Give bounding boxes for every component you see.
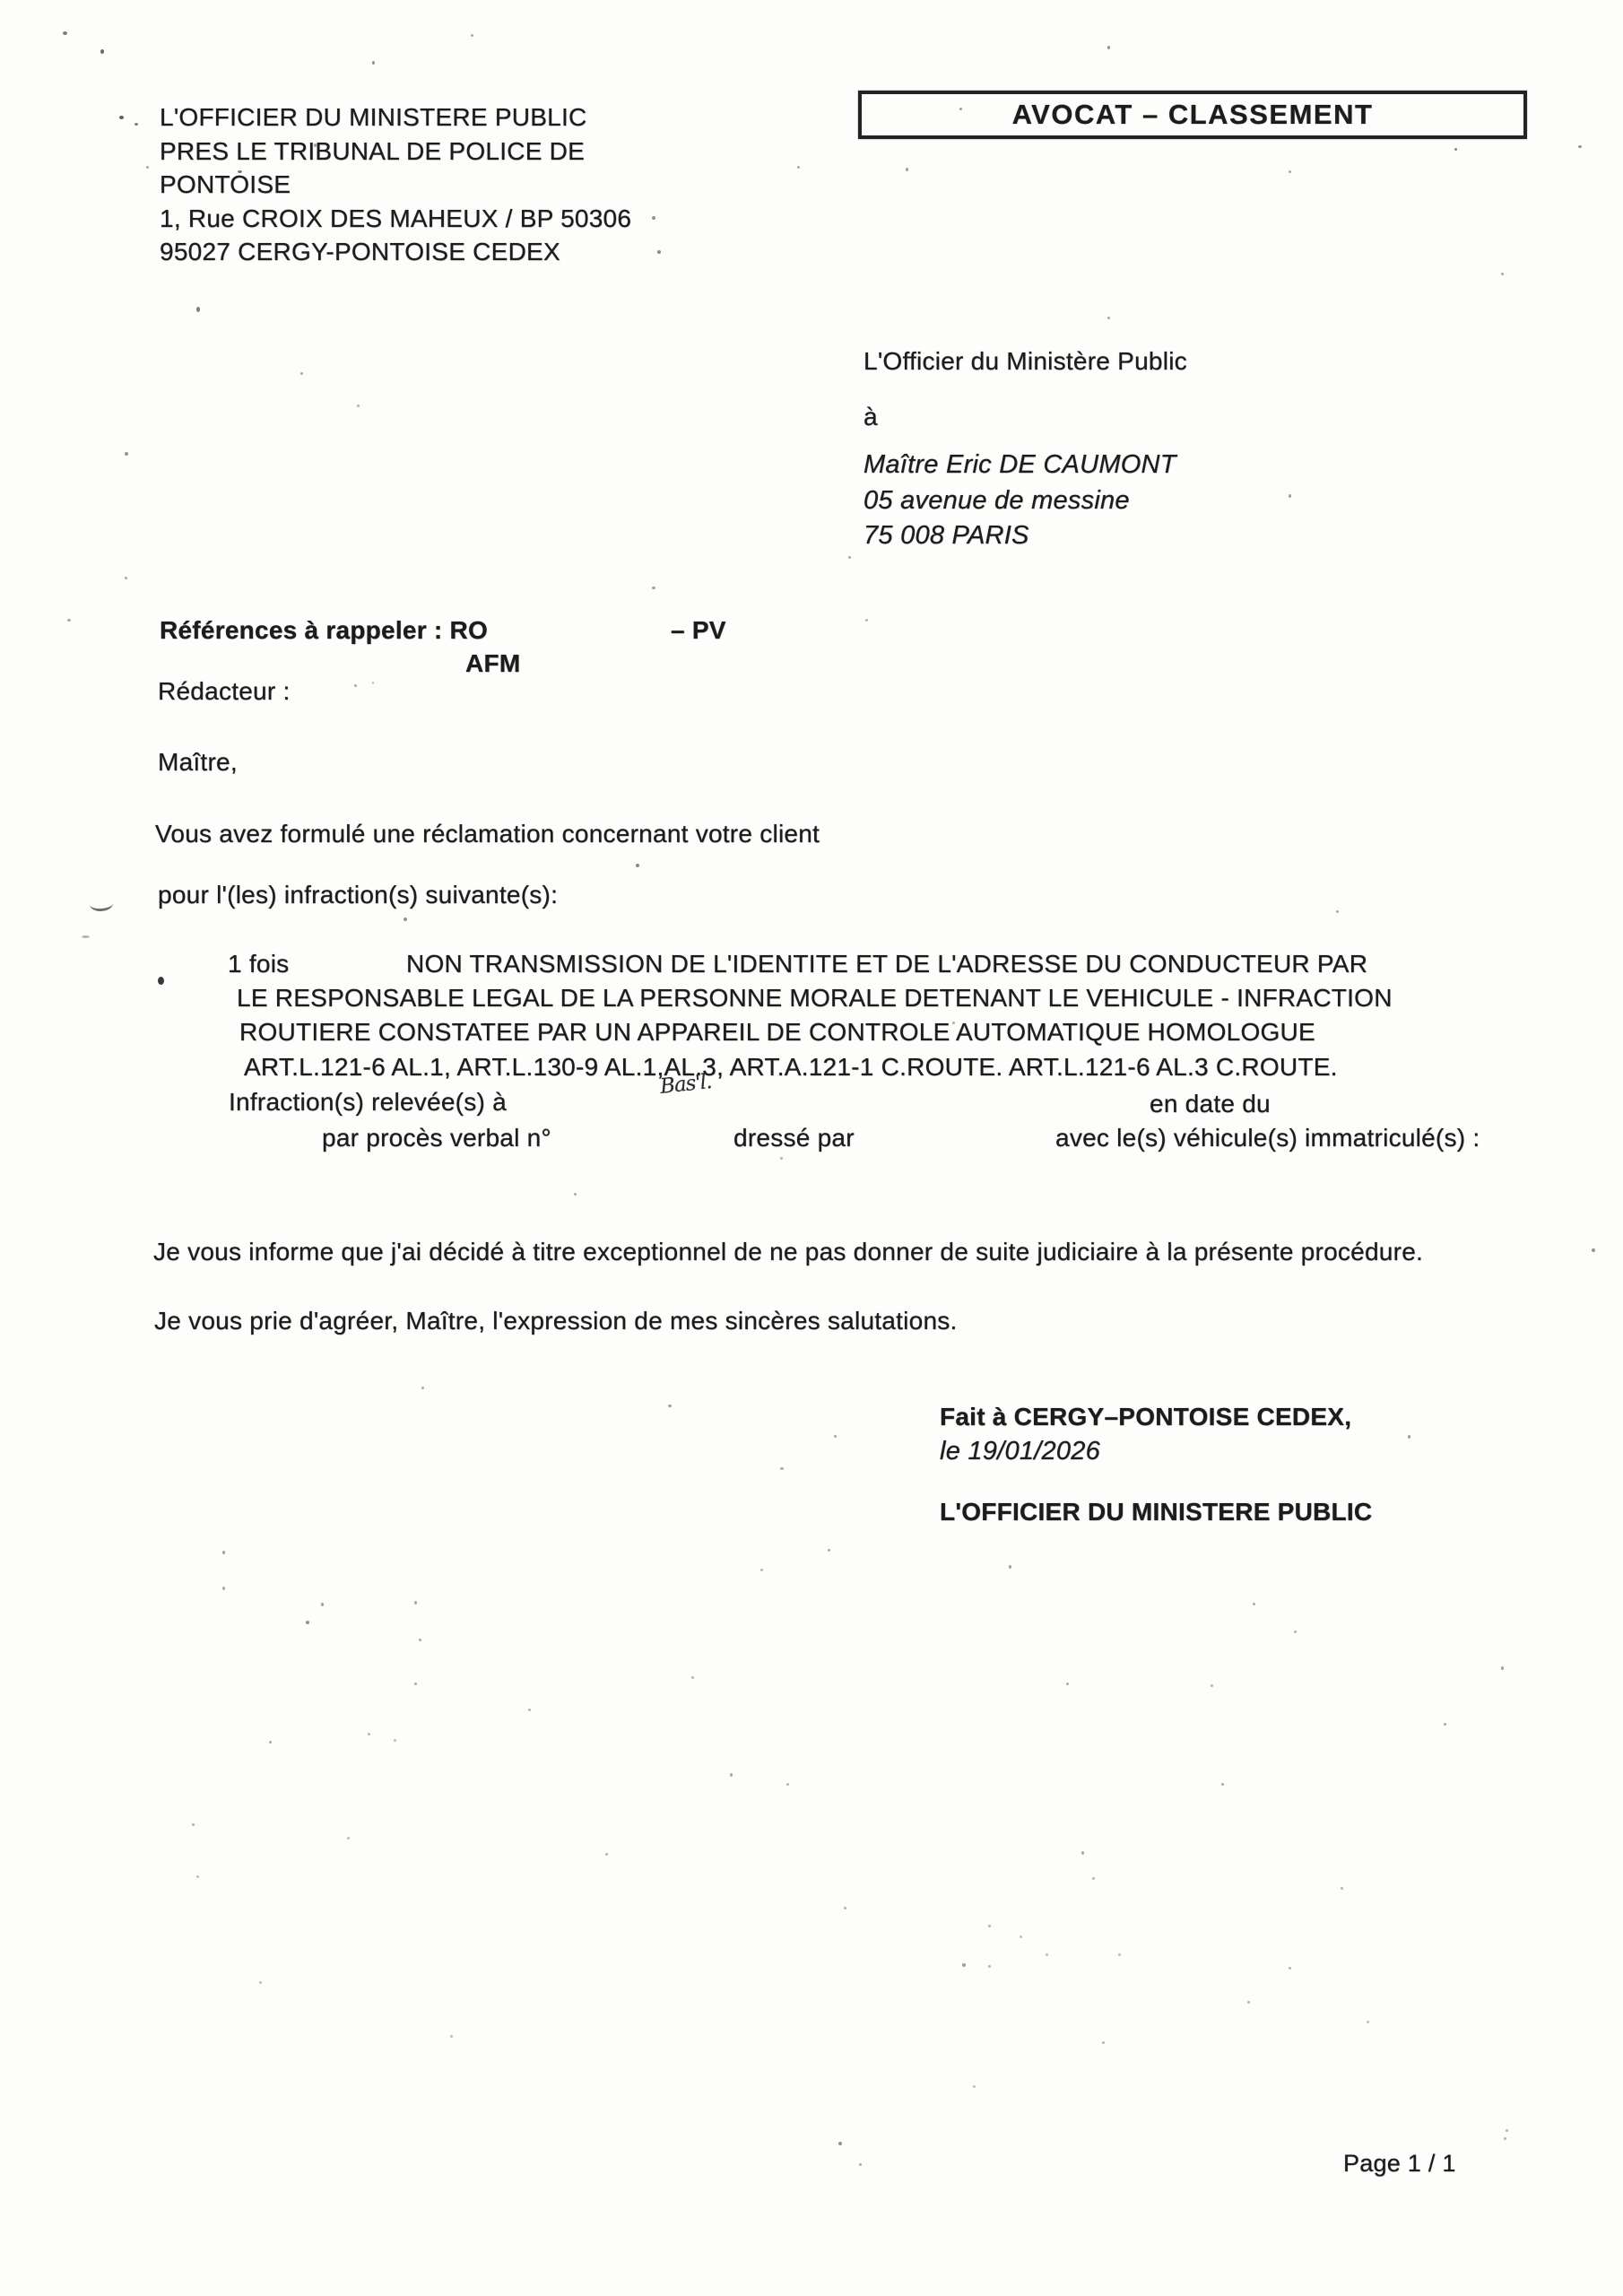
scan-speckle [1118,1953,1121,1956]
scan-speckle [1221,1783,1224,1786]
signature-place: Fait à CERGY–PONTOISE CEDEX, [940,1401,1351,1432]
scan-speckle [1501,1666,1504,1670]
sender-line-5: 95027 CERGY-PONTOISE CEDEX [160,235,631,269]
scan-speckle [414,1683,417,1685]
salutation: Maître, [158,746,238,778]
scan-speckle [760,1569,763,1571]
scan-speckle [959,108,962,110]
scan-speckle [82,935,90,938]
scan-speckle [859,2163,862,2166]
scan-speckle [844,1907,846,1909]
scan-speckle [1046,1953,1048,1956]
scan-speckle [1211,1684,1213,1687]
scan-speckle [372,61,375,65]
scan-speckle [786,1783,789,1786]
recipient-address-line2: 75 008 PARIS [864,519,1029,552]
signature-date: le 19/01/2026 [940,1435,1100,1467]
scan-speckle [1408,1435,1410,1439]
scan-speckle [988,1965,991,1968]
scan-speckle [906,168,908,171]
pv-number-label: par procès verbal n° [322,1122,551,1153]
scan-speckle [1107,317,1110,319]
scan-speckle [636,864,639,867]
scan-speckle [1009,1565,1011,1569]
scan-speckle [797,166,800,169]
handwritten-annotation: Bas'l. [659,1070,713,1099]
sender-address-block: L'OFFICIER DU MINISTERE PUBLIC PRES LE T… [160,100,631,269]
scan-speckle [1289,494,1291,498]
references-pv: – PV [671,614,726,646]
page-indicator: Page 1 / 1 [1343,2149,1456,2179]
date-label: en date du [1150,1088,1271,1119]
scan-speckle [100,49,104,54]
releve-label: Infraction(s) relevée(s) à [229,1086,507,1118]
scan-speckle [848,556,851,559]
scan-speckle [471,34,473,37]
scan-speckle [652,216,655,220]
scan-speckle [347,1837,350,1839]
scan-speckle [1367,2021,1369,2023]
scan-speckle [828,1549,830,1552]
scan-speckle [1341,1887,1343,1890]
avocat-classement-stamp-box: AVOCAT – CLASSEMENT [858,91,1527,139]
scan-speckle [838,2142,842,2145]
scan-speckle [1020,1935,1022,1938]
scan-speckle [834,1435,837,1438]
scan-speckle [321,1603,324,1606]
offense-line-1: NON TRANSMISSION DE L'IDENTITE ET DE L'A… [406,948,1367,979]
intro-line-2: pour l'(les) infraction(s) suivante(s): [158,879,558,910]
scan-speckle [414,1601,417,1605]
scan-speckle [1102,2041,1105,2044]
scan-speckle [269,1741,272,1744]
sender-line-1: L'OFFICIER DU MINISTERE PUBLIC [160,100,631,135]
scan-speckle [372,682,374,684]
scan-speckle [574,1193,577,1196]
scan-speckle [865,619,868,622]
offense-line-2: LE RESPONSABLE LEGAL DE LA PERSONNE MORA… [237,982,1393,1013]
scan-speckle [1289,1967,1291,1970]
scan-speckle [196,307,200,312]
scan-speckle [63,31,67,35]
scan-speckle [780,1157,783,1160]
scan-speckle [528,1709,531,1711]
sender-line-2: PRES LE TRIBUNAL DE POLICE DE [160,135,631,169]
offense-line-4: ART.L.121-6 AL.1, ART.L.130-9 AL.1,AL.3,… [244,1051,1338,1083]
scan-speckle [952,1022,955,1024]
scan-speckle [1247,2001,1250,2004]
scan-speckle [652,587,655,589]
scan-speckle [368,1733,370,1735]
scan-speckle [354,684,357,687]
scan-speckle [605,1853,608,1856]
scanned-letter-page: L'OFFICIER DU MINISTERE PUBLIC PRES LE T… [0,0,1623,2296]
scan-speckle [1253,1603,1255,1605]
sender-line-3: PONTOISE [160,168,631,202]
scan-speckle [419,1639,421,1641]
scan-speckle [1506,2129,1508,2132]
scan-speckle [314,143,317,147]
recipient-name: Maître Eric DE CAUMONT [864,448,1176,481]
scan-speckle [67,619,71,622]
scan-speckle [1501,273,1504,275]
scan-speckle [1504,2137,1506,2140]
scan-speckle [780,1467,784,1470]
scan-speckle [962,1963,966,1967]
sender-line-4: 1, Rue CROIX DES MAHEUX / BP 50306 [160,202,631,236]
recipient-from: L'Officier du Ministère Public [864,345,1187,377]
decision-paragraph: Je vous informe que j'ai décidé à titre … [153,1236,1423,1267]
offense-count: 1 fois [228,948,289,979]
recipient-address-line1: 05 avenue de messine [864,484,1130,517]
scan-speckle [1107,46,1110,49]
scan-speckle [1336,910,1339,913]
scan-speckle [450,2035,453,2038]
scan-speckle [119,116,124,119]
scan-speckle [1289,170,1291,173]
scan-speckle [146,166,149,169]
scan-speckle [668,1405,672,1407]
scan-speckle [1092,1877,1095,1880]
scan-speckle [196,1875,199,1878]
scan-speckle [691,1676,694,1679]
scan-speckle [988,1925,991,1927]
scan-speckle [421,1387,424,1389]
scan-speckle [259,1981,262,1984]
scan-speckle [357,404,360,407]
scan-speckle [300,372,303,375]
vehicule-label: avec le(s) véhicule(s) immatriculé(s) : [1055,1122,1480,1153]
margin-squiggle-mark [89,896,113,912]
margin-bullet-artifact [158,977,164,985]
scan-speckle [1592,1248,1595,1252]
scan-speckle [394,1739,396,1742]
stamp-label: AVOCAT – CLASSEMENT [1012,99,1374,131]
redacteur-label: Rédacteur : [158,675,291,707]
closing-paragraph: Je vous prie d'agréer, Maître, l'express… [154,1305,958,1336]
recipient-to-word: à [864,401,878,432]
scan-speckle [1578,145,1582,148]
scan-speckle [135,123,138,126]
scan-speckle [730,1773,733,1777]
scan-speckle [222,1551,225,1554]
scan-speckle [657,250,661,254]
scan-speckle [222,1587,225,1590]
scan-speckle [1294,1631,1297,1633]
references-label: Références à rappeler : RO [160,614,488,646]
scan-speckle [1444,1723,1446,1726]
scan-speckle [1081,1851,1084,1855]
scan-speckle [1066,1683,1069,1685]
dresse-label: dressé par [733,1122,855,1153]
scan-speckle [238,170,242,173]
scan-speckle [125,452,128,456]
signature-officer: L'OFFICIER DU MINISTERE PUBLIC [940,1496,1372,1527]
scan-speckle [973,2085,976,2088]
scan-speckle [1454,148,1457,151]
intro-line-1: Vous avez formulé une réclamation concer… [155,818,820,849]
scan-speckle [192,1823,195,1826]
scan-speckle [306,1621,309,1624]
references-afm: AFM [465,648,520,679]
offense-line-3: ROUTIERE CONSTATEE PAR UN APPAREIL DE CO… [239,1016,1315,1048]
scan-speckle [125,577,127,579]
scan-speckle [404,918,407,921]
